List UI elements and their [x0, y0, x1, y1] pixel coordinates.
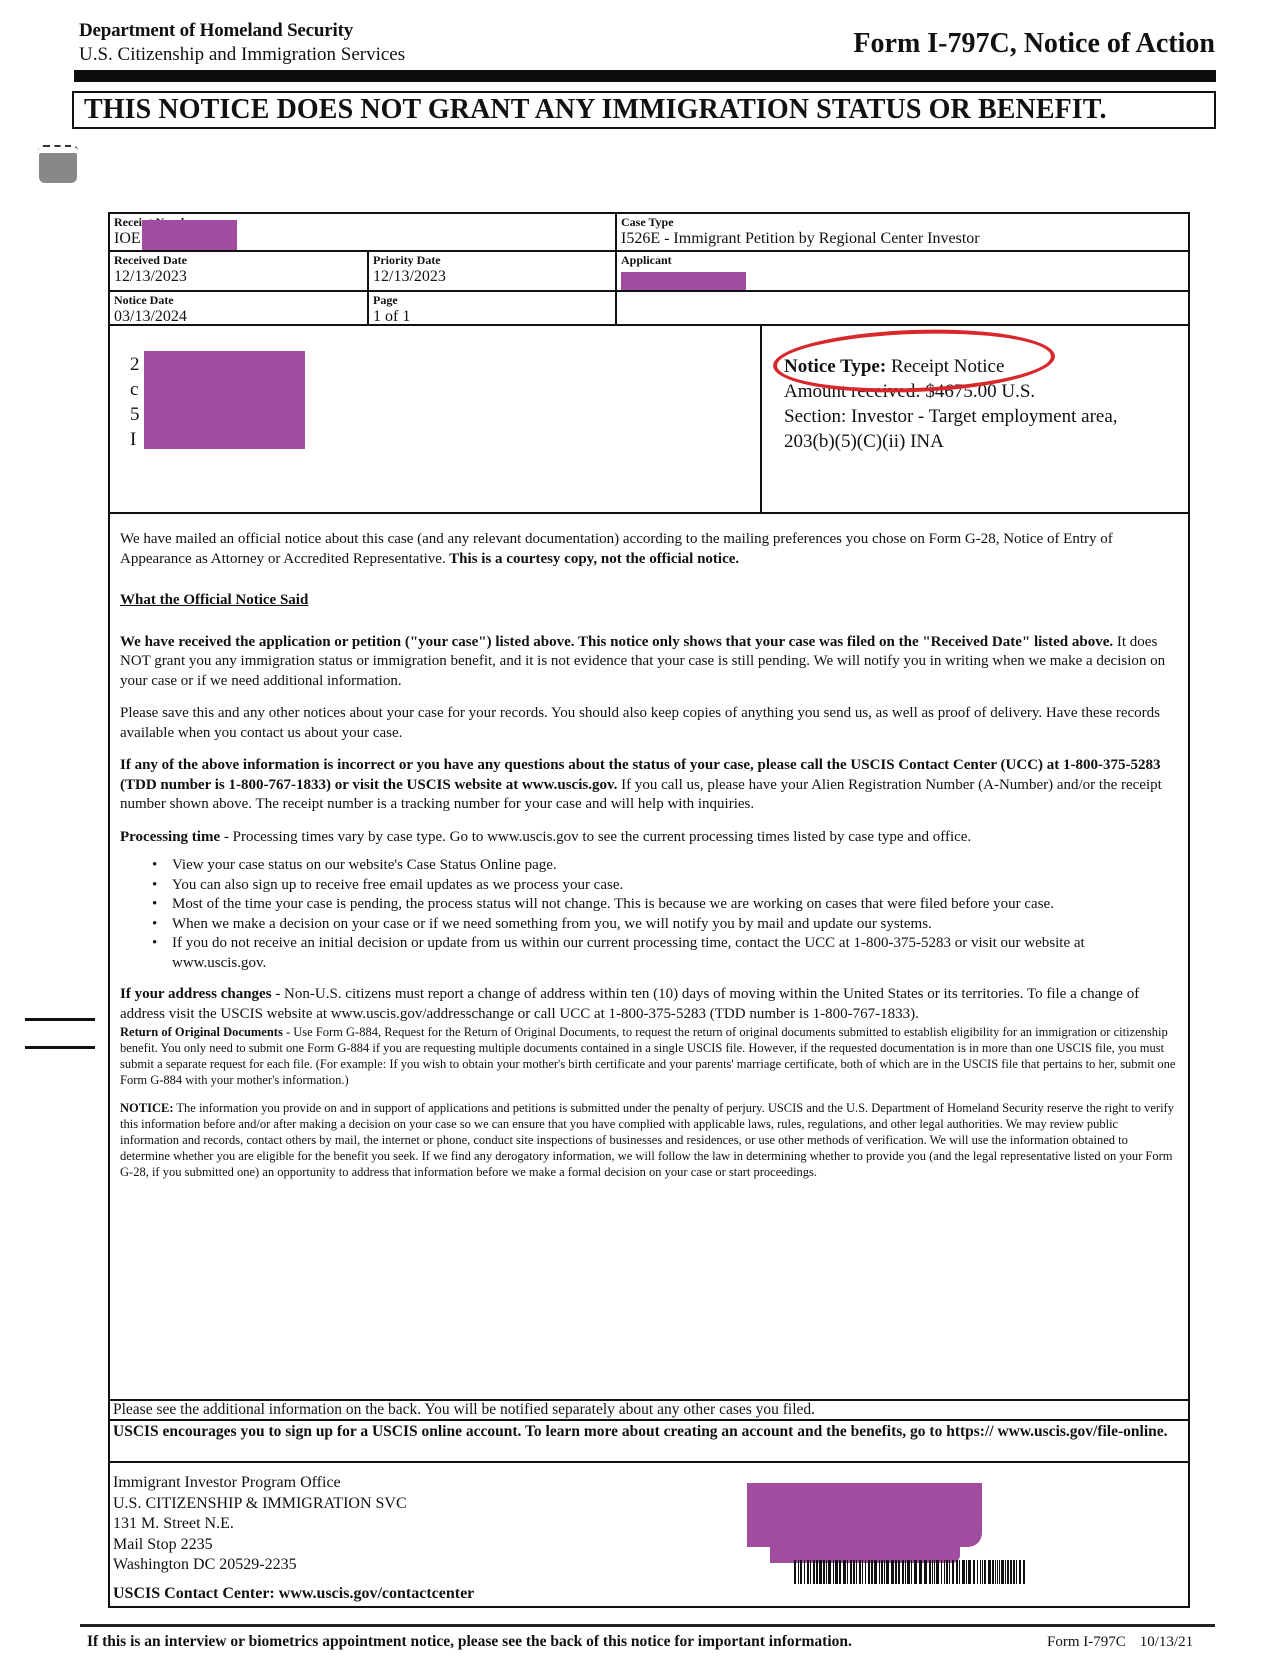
- redaction-block: [142, 220, 237, 252]
- processing-time-paragraph: Processing time - Processing times vary …: [120, 828, 1180, 848]
- barcode-icon: [794, 1560, 1026, 1584]
- margin-tick: [25, 1046, 95, 1049]
- address-redaction-block: [144, 351, 305, 449]
- priority-date-label: Priority Date: [373, 253, 441, 268]
- bullet-item: When we make a decision on your case or …: [152, 915, 1180, 935]
- header-rule: [74, 70, 1216, 82]
- receipt-number-value: IOE: [114, 230, 141, 248]
- office-address: Immigrant Investor Program Office U.S. C…: [113, 1473, 407, 1576]
- notice-date-cell: Notice Date 03/13/2024: [108, 290, 369, 326]
- case-type-label: Case Type: [621, 215, 674, 230]
- bullet-item: View your case status on our website's C…: [152, 856, 1180, 876]
- address-initials: 2 c 5 I: [130, 352, 140, 452]
- contact-center-link: USCIS Contact Center: www.uscis.gov/cont…: [113, 1585, 474, 1603]
- perjury-notice-paragraph: NOTICE: The information you provide on a…: [120, 1100, 1180, 1180]
- empty-cell: [615, 290, 1190, 326]
- save-records-paragraph: Please save this and any other notices a…: [120, 704, 1180, 743]
- amount-received: Amount received: $4675.00 U.S.: [784, 379, 1118, 404]
- online-account-notice: USCIS encourages you to sign up for a US…: [108, 1419, 1190, 1463]
- redaction-block: [621, 272, 746, 292]
- notice-type-line: Notice Type: Receipt Notice: [784, 354, 1118, 379]
- section-line-1: Section: Investor - Target employment ar…: [784, 404, 1118, 429]
- receipt-number-cell: Receipt Number IOE: [108, 212, 617, 252]
- section-line-2: 203(b)(5)(C)(ii) INA: [784, 429, 1118, 454]
- notice-body: We have mailed an official notice about …: [108, 512, 1190, 1401]
- notice-info: Notice Type: Receipt Notice Amount recei…: [784, 354, 1118, 454]
- notice-date-label: Notice Date: [114, 293, 174, 308]
- case-type-cell: Case Type I526E - Immigrant Petition by …: [615, 212, 1190, 252]
- footer-rule: [80, 1624, 1215, 1627]
- bullet-item: You can also sign up to receive free ema…: [152, 876, 1180, 896]
- return-documents-paragraph: Return of Original Documents - Use Form …: [120, 1024, 1180, 1088]
- processing-bullets: View your case status on our website's C…: [152, 856, 1180, 973]
- applicant-cell: Applicant: [615, 250, 1190, 292]
- barcode-redaction-block: [770, 1523, 960, 1563]
- applicant-label: Applicant: [621, 253, 672, 268]
- bullet-item: Most of the time your case is pending, t…: [152, 895, 1180, 915]
- case-type-value: I526E - Immigrant Petition by Regional C…: [621, 230, 980, 248]
- department-name: Department of Homeland Security: [79, 20, 353, 42]
- staple-mark-icon: [38, 145, 78, 185]
- contact-paragraph: If any of the above information is incor…: [120, 756, 1180, 815]
- margin-tick: [25, 1018, 95, 1021]
- received-paragraph: We have received the application or peti…: [120, 633, 1180, 692]
- notice-info-cell: Notice Type: Receipt Notice Amount recei…: [760, 324, 1190, 514]
- form-title: Form I-797C, Notice of Action: [853, 28, 1215, 60]
- page-cell: Page 1 of 1: [367, 290, 617, 326]
- page-label: Page: [373, 293, 398, 308]
- agency-name: U.S. Citizenship and Immigration Service…: [79, 44, 405, 66]
- office-address-box: Immigrant Investor Program Office U.S. C…: [108, 1461, 1190, 1608]
- notice-type-label: Notice Type:: [784, 356, 886, 377]
- courtesy-copy-paragraph: We have mailed an official notice about …: [120, 530, 1180, 569]
- priority-date-value: 12/13/2023: [373, 268, 446, 286]
- footer-note: If this is an interview or biometrics ap…: [87, 1633, 852, 1651]
- received-date-label: Received Date: [114, 253, 187, 268]
- address-change-paragraph: If your address changes - Non-U.S. citiz…: [120, 985, 1180, 1024]
- received-date-value: 12/13/2023: [114, 268, 187, 286]
- additional-info-bar: Please see the additional information on…: [108, 1399, 1190, 1421]
- official-notice-heading: What the Official Notice Said: [120, 591, 1180, 611]
- received-date-cell: Received Date 12/13/2023: [108, 250, 369, 292]
- bullet-item: If you do not receive an initial decisio…: [152, 934, 1180, 973]
- disclaimer-banner: THIS NOTICE DOES NOT GRANT ANY IMMIGRATI…: [72, 91, 1216, 129]
- notice-type-value: Receipt Notice: [891, 356, 1004, 377]
- mailing-address-cell: 2 c 5 I: [108, 324, 762, 514]
- priority-date-cell: Priority Date 12/13/2023: [367, 250, 617, 292]
- form-edition: Form I-797C10/13/21: [1047, 1634, 1193, 1651]
